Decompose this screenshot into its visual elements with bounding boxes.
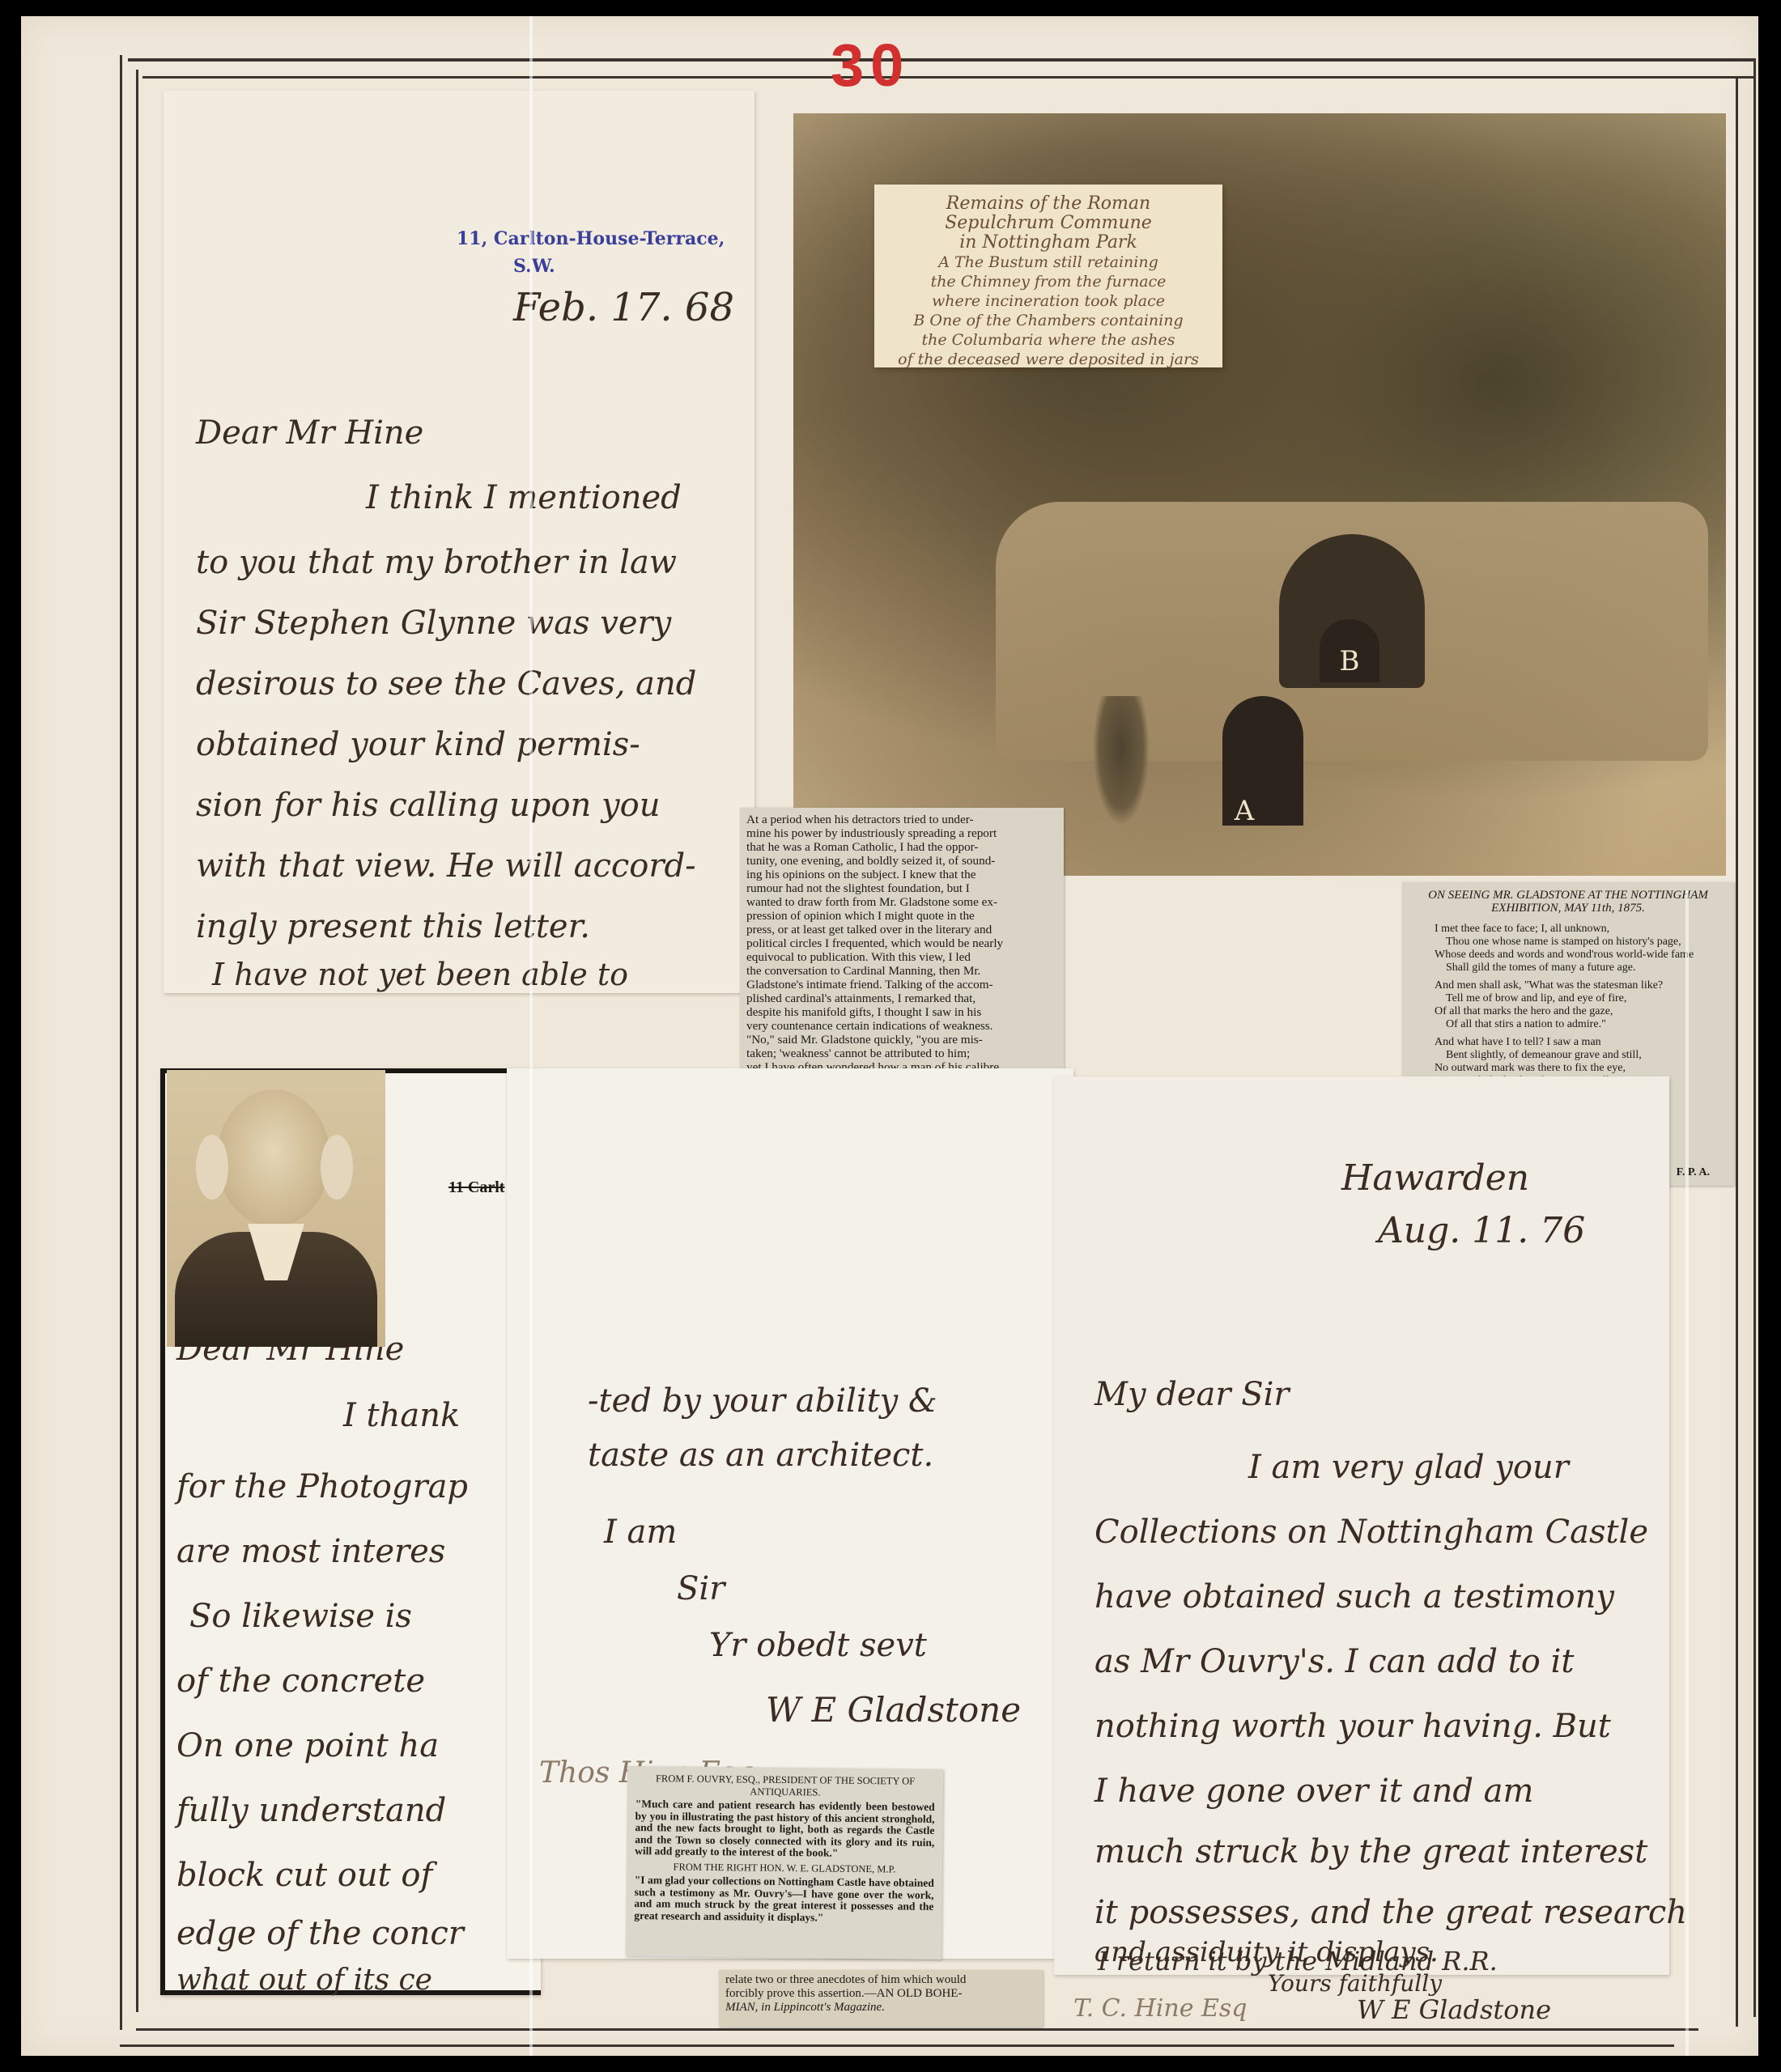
portrait-hair-right <box>321 1135 353 1199</box>
photograph-roman-sepulchrum: Remains of the Roman Sepulchrum Commune … <box>793 113 1726 876</box>
letter-line: I am very glad your <box>1248 1449 1569 1486</box>
letter-salutation: Dear Mr Hine <box>196 414 423 452</box>
letter-line: Sir Stephen Glynne was very <box>196 605 671 642</box>
clipping-line: equivocal to publication. With this view… <box>746 950 1057 964</box>
letter-line: with that view. He will accord- <box>196 847 696 885</box>
letter-date: Feb. 17. 68 <box>513 285 734 330</box>
clipping-line: the conversation to Cardinal Manning, th… <box>746 964 1057 978</box>
marker-a: A <box>1214 769 1274 832</box>
clipping-line: very countenance certain indications of … <box>746 1019 1057 1033</box>
clipping-old-bohemian: relate two or three anecdotes of him whi… <box>719 1970 1043 2027</box>
addressee: T. C. Hine Esq <box>1073 1994 1248 2023</box>
clipping-line: relate two or three anecdotes of him whi… <box>725 1973 1036 1987</box>
album-page: 30 11, Carlton-House-Terrace, S.W. Feb. … <box>21 16 1758 2056</box>
letterhead-fragment: 11 Carlt <box>448 1178 504 1197</box>
poem-line: Of all that marks the hero and the gaze, <box>1410 1005 1726 1018</box>
mylar-strip <box>529 16 533 2056</box>
caption-line: B One of the Chambers containing <box>874 311 1222 330</box>
letter-line: are most interes <box>176 1533 445 1570</box>
letter-line: I have not yet been able to <box>212 957 628 992</box>
letter-line: I have gone over it and am <box>1095 1773 1533 1810</box>
caption-line: of the deceased were deposited in jars <box>874 350 1222 369</box>
testimonial-quote: "Much care and patient research has evid… <box>635 1798 935 1860</box>
letter-line: edge of the concr <box>176 1915 464 1952</box>
poem-line: Whose deeds and words and wond'rous worl… <box>1410 949 1726 962</box>
clipping-line: rumour had not the slightest foundation,… <box>746 881 1057 895</box>
folio-number: 30 <box>831 31 910 100</box>
clipping-line: forcibly prove this assertion.—AN OLD BO… <box>725 1987 1036 2001</box>
clipping-line: MIAN, in Lippincott's Magazine. <box>725 2001 1036 2015</box>
frame-rule-outer-top <box>128 58 1755 62</box>
clipping-line: ing his opinions on the subject. I knew … <box>746 868 1057 881</box>
letter-line: as Mr Ouvry's. I can add to it <box>1095 1643 1574 1680</box>
clipping-testimonials: FROM F. OUVRY, ESQ., PRESIDENT OF THE SO… <box>626 1766 943 1959</box>
caption-line: the Chimney from the furnace <box>874 272 1222 291</box>
poem-line: And men shall ask, "What was the statesm… <box>1410 979 1726 992</box>
letter-line: have obtained such a testimony <box>1095 1578 1614 1616</box>
letter-line: Collections on Nottingham Castle <box>1095 1514 1648 1551</box>
letter-line: block cut out of <box>176 1857 432 1894</box>
testimonial-heading: FROM F. OUVRY, ESQ., PRESIDENT OF THE SO… <box>635 1773 935 1799</box>
clipping-line: despite his manifold gifts, I thought I … <box>746 1005 1057 1019</box>
testimonial-quote: "I am glad your collections on Nottingha… <box>634 1875 934 1925</box>
small-tree <box>1093 696 1150 826</box>
poem-line: And what have I to tell? I saw a man <box>1410 1036 1726 1049</box>
clipping-line: that he was a Roman Catholic, I had the … <box>746 840 1057 854</box>
clipping-line: tunity, one evening, and boldly seized i… <box>746 854 1057 868</box>
letter-line: of the concrete <box>176 1662 425 1700</box>
letter-line: fully understand <box>176 1792 446 1829</box>
caption-line: Sepulchrum Commune <box>874 214 1222 233</box>
poem-line: Shall gild the tomes of many a future ag… <box>1410 962 1726 974</box>
frame-rule-inner-bottom <box>136 2028 1698 2031</box>
frame-rule-outer-left <box>120 55 122 2030</box>
letter-line: I think I mentioned <box>366 479 682 516</box>
caption-line: Remains of the Roman <box>874 194 1222 214</box>
portrait-hair-left <box>196 1135 228 1199</box>
letter-1876-hawarden: Hawarden Aug. 11. 76 My dear Sir I am ve… <box>1054 1076 1669 1975</box>
closing-line: Sir <box>677 1570 725 1607</box>
caption-line: the Columbaria where the ashes <box>874 330 1222 350</box>
poem-signature: F. P. A. <box>1677 1166 1710 1179</box>
letter-line: nothing worth your having. But <box>1095 1708 1611 1745</box>
letter-line: desirous to see the Caves, and <box>196 665 696 703</box>
clipping-line: wanted to draw forth from Mr. Gladstone … <box>746 895 1057 909</box>
testimonial-heading: FROM THE RIGHT HON. W. E. GLADSTONE, M.P… <box>635 1861 934 1875</box>
letter-line: obtained your kind permis- <box>196 726 640 763</box>
caption-line: where incineration took place <box>874 291 1222 311</box>
letter-salutation: My dear Sir <box>1095 1376 1290 1413</box>
letter-line: I thank <box>343 1397 460 1434</box>
letter-closing: Yours faithfully <box>1268 1970 1442 1997</box>
clipping-line: At a period when his detractors tried to… <box>746 813 1057 826</box>
letter-line: much struck by the great interest <box>1095 1833 1647 1870</box>
caption-line: in Nottingham Park <box>874 233 1222 253</box>
signature: W E Gladstone <box>1357 1994 1551 2025</box>
poem-title: ON SEEING MR. GLADSTONE AT THE NOTTINGHA… <box>1410 889 1726 915</box>
clipping-line: pression of opinion which I might quote … <box>746 909 1057 923</box>
marker-b: B <box>1320 619 1379 682</box>
closing-line: Yr obedt sevt <box>709 1627 927 1664</box>
closing-line: I am <box>604 1514 677 1551</box>
letterhead-sw: S.W. <box>513 256 555 277</box>
clipping-line: taken; 'weakness' cannot be attributed t… <box>746 1047 1057 1060</box>
poem-line: Tell me of brow and lip, and eye of fire… <box>1410 992 1726 1005</box>
clipping-line: political circles I frequented, which wo… <box>746 936 1057 950</box>
clipping-manning-anecdote: At a period when his detractors tried to… <box>740 808 1064 1075</box>
frame-rule-inner-left <box>136 70 138 2012</box>
frame-rule-inner-right <box>1736 76 1738 2027</box>
poem-line: Thou one whose name is stamped on histor… <box>1410 936 1726 949</box>
clipping-line: Gladstone's intimate friend. Talking of … <box>746 978 1057 991</box>
frame-rule-inner-top <box>142 76 1753 79</box>
letter-line: taste as an architect. <box>588 1437 933 1474</box>
clipping-line: "No," said Mr. Gladstone quickly, "you a… <box>746 1033 1057 1047</box>
letter-line: -ted by your ability & <box>588 1382 937 1420</box>
letter-line: what out of its ce <box>176 1964 432 1997</box>
signature: W E Gladstone <box>766 1690 1021 1730</box>
frame-rule-outer-bottom <box>120 2044 1674 2047</box>
portrait-head <box>217 1089 330 1227</box>
letter-line: So likewise is <box>189 1598 412 1635</box>
gladstone-portrait-photo <box>167 1070 385 1347</box>
frame-rule-outer-right <box>1753 58 1756 2017</box>
letter-line: for the Photograp <box>176 1468 468 1505</box>
photo-caption-card: Remains of the Roman Sepulchrum Commune … <box>874 185 1222 367</box>
letter-line: sion for his calling upon you <box>196 787 660 824</box>
letterhead-address: 11, Carlton-House-Terrace, <box>457 228 725 249</box>
mylar-strip <box>1685 890 1689 2056</box>
clipping-line: plished cardinal's attainments, I remark… <box>746 991 1057 1005</box>
clipping-line: mine his power by industriously spreadin… <box>746 826 1057 840</box>
letter-date: Aug. 11. 76 <box>1378 1210 1585 1251</box>
letter-line: to you that my brother in law <box>196 544 677 581</box>
letter-line: it possesses, and the great research <box>1095 1894 1687 1931</box>
letter-1868: 11, Carlton-House-Terrace, S.W. Feb. 17.… <box>164 91 754 993</box>
poem-line: No outward mark was there to fix the eye… <box>1410 1062 1726 1075</box>
poem-line: Of all that stirs a nation to admire." <box>1410 1018 1726 1031</box>
poem-line: Bent slightly, of demeanour grave and st… <box>1410 1049 1726 1062</box>
poem-line: I met thee face to face; I, all unknown, <box>1410 923 1726 936</box>
clipping-line: press, or at least get talked over in th… <box>746 923 1057 936</box>
caption-line: A The Bustum still retaining <box>874 253 1222 272</box>
letter-place: Hawarden <box>1341 1157 1529 1199</box>
letter-line: On one point ha <box>176 1727 439 1764</box>
